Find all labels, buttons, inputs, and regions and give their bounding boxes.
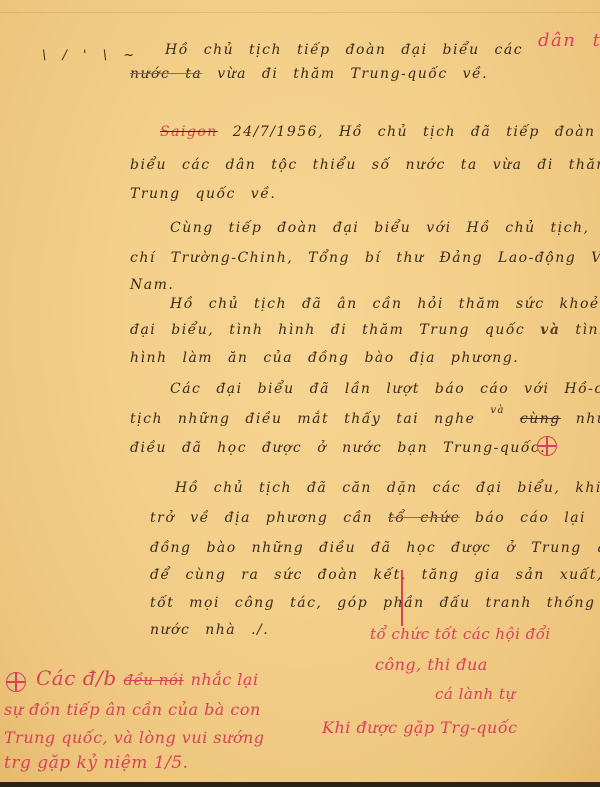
para4-line3: điều đã học được ở nước bạn Trung-quốc.: [130, 440, 546, 456]
para3-line2: đại biểu, tình hình đi thăm Trung quốc v…: [130, 322, 600, 338]
margin-scribble: \ / ' \ ~: [42, 48, 136, 63]
dateline-struck-place: Saigon: [160, 124, 218, 140]
para2-line2: chí Trường-Chinh, Tổng bí thư Đảng Lao-đ…: [130, 250, 600, 266]
para5-line1: Hồ chủ tịch đã căn dặn các đại biểu, khi: [175, 480, 600, 496]
margin-note-line3b: Khi được gặp Trg-quốc: [322, 718, 518, 737]
circled-cross-mark-icon: [6, 672, 26, 692]
margin-note-struck: đều nói: [124, 671, 184, 689]
insert-note-line3: cá lành tự: [435, 685, 516, 703]
para4-line2-text: tịch những điều mắt thấy tai nghe: [130, 411, 475, 427]
insert-note-line2: công, thi đua: [375, 655, 488, 674]
insertion-caret-line: [401, 570, 403, 626]
margin-note-text: Các đ/b: [36, 666, 117, 690]
para3-line2-text: đại biểu, tình hình đi thăm Trung quốc: [130, 322, 525, 338]
margin-note-text-end: nhắc lại: [191, 670, 259, 689]
para3-line2-end: tình: [575, 322, 600, 338]
para4-line2: tịch những điều mắt thấy tai nghe và cùn…: [130, 411, 600, 427]
page-bottom-edge: [0, 782, 600, 787]
para1-line2: biểu các dân tộc thiểu số nước ta vừa đi…: [130, 157, 600, 173]
handwritten-document-page: \ / ' \ ~ Hồ chủ tịch tiếp đoàn đại biểu…: [0, 0, 600, 782]
para2-line3: Nam.: [130, 277, 174, 293]
dateline-date: 24/7/1956,: [233, 124, 324, 140]
para4-insert: và: [490, 405, 505, 416]
margin-note-line1: Các đ/b đều nói nhắc lại: [36, 666, 259, 690]
para1-line1: Hồ chủ tịch đã tiếp đoàn đại: [339, 124, 600, 140]
circled-cross-mark-icon: [537, 436, 557, 456]
para3-line1: Hồ chủ tịch đã ân cần hỏi thăm sức khoẻ …: [170, 296, 600, 312]
dateline: Saigon 24/7/1956, Hồ chủ tịch đã tiếp đo…: [160, 124, 600, 140]
para4-line2-end: những: [576, 411, 600, 427]
title-text-2: vừa đi thăm Trung-quốc về.: [217, 66, 488, 82]
para5-line2-end: báo cáo lại với: [475, 510, 600, 526]
para5-line5: tốt mọi công tác, góp phần đấu tranh thố…: [150, 595, 600, 611]
para5-line6: nước nhà ./.: [150, 622, 269, 638]
para2-line1: Cùng tiếp đoàn đại biểu với Hồ chủ tịch,…: [170, 220, 600, 236]
paper-fold-line: [0, 12, 600, 13]
para4-line1: Các đại biểu đã lần lượt báo cáo với Hồ-…: [170, 381, 600, 397]
para5-struck: tổ chức: [388, 510, 460, 526]
margin-note-line4: trg gặp kỷ niệm 1/5.: [4, 753, 189, 773]
para3-line3: hình làm ăn của đồng bào địa phương.: [130, 350, 519, 366]
margin-note-line3: Trung quốc, và lòng vui sướng: [4, 728, 265, 747]
insert-note-line1: tổ chức tốt các hội đổi: [370, 625, 551, 643]
title-text: Hồ chủ tịch tiếp đoàn đại biểu các: [165, 42, 523, 58]
title-struck-text: nước ta: [130, 66, 202, 82]
para4-struck: cùng: [520, 411, 561, 427]
para3-bold-word: và: [540, 322, 560, 338]
title-line-2: nước ta vừa đi thăm Trung-quốc về.: [130, 66, 488, 82]
para5-line2-text: trở về địa phương cần: [150, 510, 373, 526]
para1-line3: Trung quốc về.: [130, 186, 276, 202]
para5-line4: để cùng ra sức đoàn kết, tăng gia sản xu…: [150, 567, 600, 583]
para5-line2: trở về địa phương cần tổ chức báo cáo lạ…: [150, 510, 600, 526]
title-line-1: Hồ chủ tịch tiếp đoàn đại biểu các dân t…: [165, 38, 600, 59]
para5-line3: đồng bào những điều đã học được ở Trung …: [150, 540, 600, 556]
margin-note-line2: sự đón tiếp ân cần của bà con: [4, 700, 261, 719]
title-insert-red: dân tộc: [538, 30, 600, 51]
